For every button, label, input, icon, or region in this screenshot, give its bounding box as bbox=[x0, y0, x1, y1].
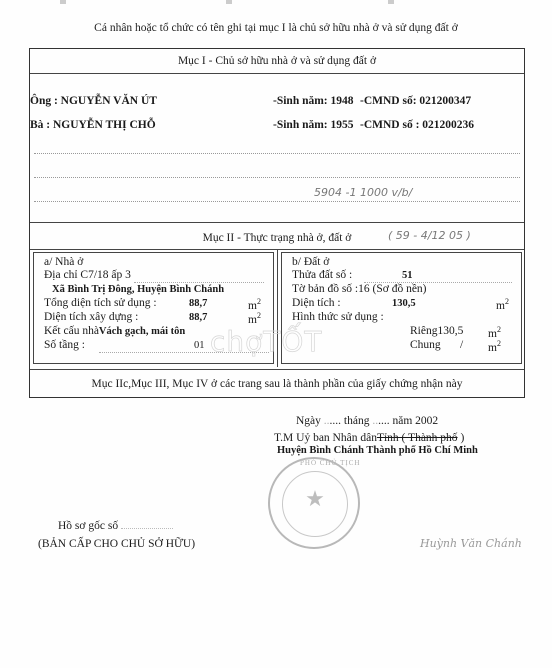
total-area-value: 88,7 bbox=[189, 298, 207, 309]
date-month: .. bbox=[372, 415, 378, 427]
dotted-line bbox=[34, 153, 520, 154]
shared-area: Chung / m2 bbox=[410, 339, 510, 351]
owner-birth: -Sinh năm: 1948 bbox=[273, 95, 354, 107]
build-area-label: Diện tích xây dựng : bbox=[44, 311, 138, 323]
authority-line2: Huyện Bình Chánh Thành phố Hồ Chí Minh bbox=[277, 445, 478, 456]
build-area-value: 88,7 bbox=[189, 312, 207, 323]
land-area-label: Diện tích : bbox=[292, 297, 341, 309]
structure-value: Vách gạch, mái tôn bbox=[99, 326, 185, 337]
private-area: Riêng130,5 m2 bbox=[410, 325, 510, 337]
map-value: 16 (Sơ đồ nền) bbox=[358, 283, 426, 295]
owner-id: -CMND số : 021200236 bbox=[360, 119, 474, 131]
owner-name: Ông : NGUYỄN VĂN ÚT bbox=[30, 95, 157, 107]
total-area-label: Tổng diện tích sử dụng : bbox=[44, 297, 157, 309]
map-sheet: Tờ bản đồ số :16 (Sơ đồ nền) bbox=[292, 283, 512, 295]
total-area: Tổng diện tích sử dụng : 88,7 m2 bbox=[44, 297, 269, 309]
signer-signature: Huỳnh Văn Chánh bbox=[420, 537, 522, 550]
date-prefix: Ngày bbox=[296, 415, 321, 427]
month-label: tháng bbox=[344, 415, 370, 427]
shared-value: / bbox=[460, 339, 463, 351]
authority-close: ) bbox=[460, 432, 464, 444]
dotted-line bbox=[34, 177, 520, 178]
authority-text: T.M Uỷ ban Nhân dân bbox=[274, 432, 377, 444]
address-line2: Xã Bình Trị Đông, Huyện Bình Chánh bbox=[52, 284, 224, 295]
handwritten-note-2: ( 59 - 4/12 05 ) bbox=[388, 229, 471, 242]
house-address: Địa chỉ C7/18 ấp 3 bbox=[44, 269, 264, 281]
land-heading: b/ Đất ở bbox=[292, 256, 329, 268]
file-label: Hồ sơ gốc số bbox=[58, 520, 118, 532]
file-number: Hồ sơ gốc số bbox=[58, 520, 173, 532]
private-value: 130,5 bbox=[437, 325, 463, 337]
date-line: Ngày ...... tháng ...... năm 2002 bbox=[296, 415, 438, 427]
star-icon: ★ bbox=[283, 486, 347, 512]
floors-value: 01 bbox=[194, 340, 205, 351]
house-heading: a/ Nhà ở bbox=[44, 256, 83, 268]
owner-name: Bà : NGUYỄN THỊ CHỖ bbox=[30, 119, 156, 131]
floors-label: Số tầng : bbox=[44, 339, 85, 351]
owner-id: -CMND số: 021200347 bbox=[360, 95, 471, 107]
unit: m bbox=[488, 342, 497, 354]
official-seal: ★ bbox=[268, 457, 360, 549]
authority-struck: Tỉnh ( Thành phố bbox=[377, 432, 458, 444]
land-area: Diện tích : 130,5 m2 bbox=[292, 297, 517, 309]
file-value bbox=[121, 528, 173, 529]
parcel: Thửa đất số : 51 bbox=[292, 269, 512, 281]
private-label: Riêng bbox=[410, 325, 437, 337]
map-label: Tờ bản đồ số : bbox=[292, 283, 358, 295]
year-label: năm 2002 bbox=[392, 415, 438, 427]
divider bbox=[30, 73, 524, 74]
watermark: chợTỐT bbox=[210, 325, 323, 358]
address-value: C7/18 ấp 3 bbox=[80, 269, 130, 281]
parcel-value: 51 bbox=[402, 270, 413, 281]
land-area-value: 130,5 bbox=[392, 298, 416, 309]
unit: m bbox=[496, 300, 505, 312]
date-day: .. bbox=[324, 415, 330, 427]
handwritten-note: 5904 -1 1000 v/b/ bbox=[314, 186, 412, 199]
divider bbox=[30, 222, 524, 223]
copy-label: (BẢN CẤP CHO CHỦ SỞ HỮU) bbox=[38, 538, 195, 550]
owner-birth: -Sinh năm: 1955 bbox=[273, 119, 354, 131]
build-area: Diện tích xây dựng : 88,7 m2 bbox=[44, 311, 269, 323]
intro-text: Cá nhân hoặc tổ chức có tên ghi tại mục … bbox=[0, 22, 552, 34]
structure-label: Kết cấu nhà bbox=[44, 325, 99, 337]
section1-title: Mục I - Chủ sở hữu nhà ở và sử dụng đất … bbox=[30, 55, 524, 67]
shared-label: Chung bbox=[410, 339, 441, 351]
authority-line1: T.M Uỷ ban Nhân dânTỉnh ( Thành phố ) bbox=[274, 432, 464, 444]
footer-note: Mục IIc,Mục III, Mục IV ở các trang sau … bbox=[30, 378, 524, 390]
divider bbox=[30, 369, 524, 370]
usage-label: Hình thức sử dụng : bbox=[292, 311, 384, 323]
address-label: Địa chỉ bbox=[44, 269, 78, 281]
parcel-label: Thửa đất số : bbox=[292, 269, 352, 281]
structure: Kết cấu nhàVách gạch, mái tôn bbox=[44, 325, 185, 337]
top-edge-marks bbox=[0, 0, 552, 10]
dotted-line bbox=[34, 201, 520, 202]
